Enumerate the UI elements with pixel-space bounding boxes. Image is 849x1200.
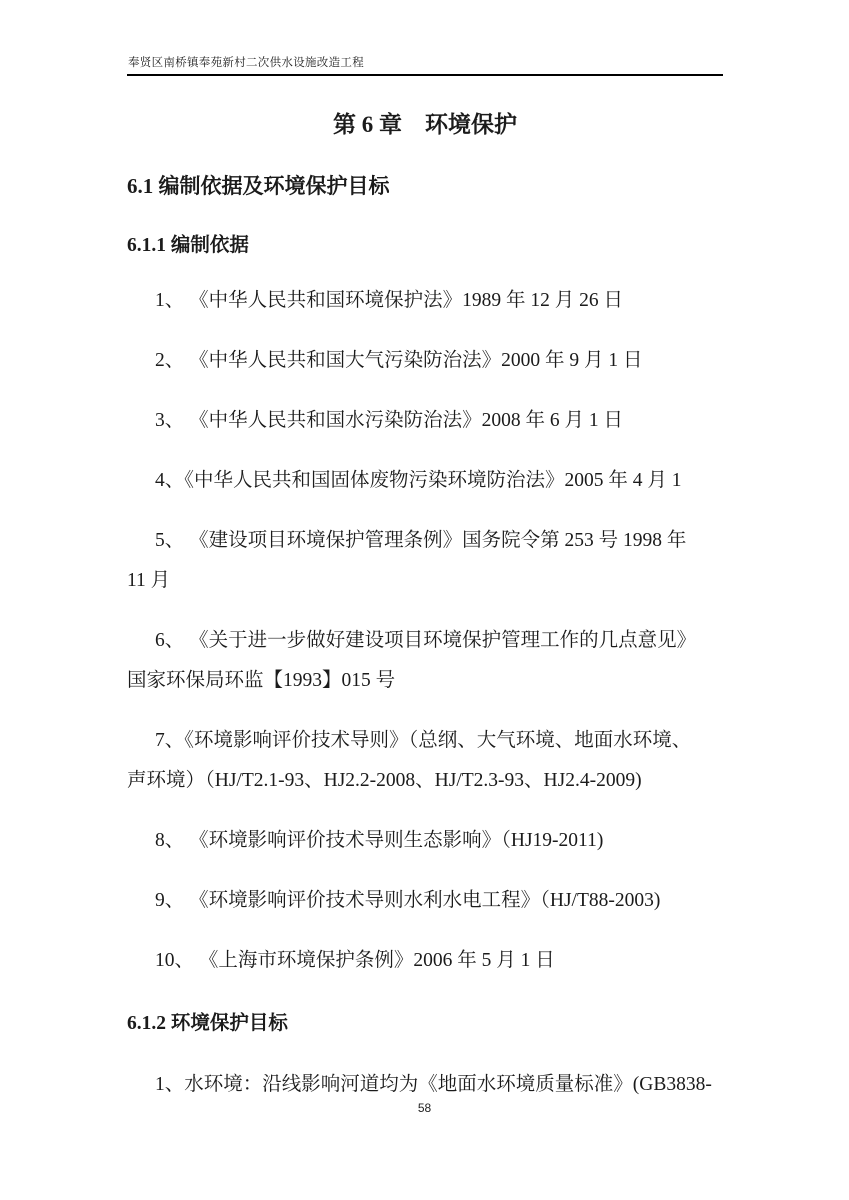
list-item-line: 5、 《建设项目环境保护管理条例》国务院令第 253 号 1998 年 [127,521,737,561]
page-header-project-title: 奉贤区南桥镇奉苑新村二次供水设施改造工程 [128,54,364,70]
list-item-line: 1、 《中华人民共和国环境保护法》1989 年 12 月 26 日 [127,281,737,321]
list-item: 7、《环境影响评价技术导则》（总纲、大气环境、地面水环境、 声环境）（HJ/T2… [127,721,737,801]
list-item-line: 11 月 [127,561,737,601]
list-item-line: 3、 《中华人民共和国水污染防治法》2008 年 6 月 1 日 [127,401,737,441]
list-item: 1、 《中华人民共和国环境保护法》1989 年 12 月 26 日 [127,281,737,321]
header-divider [127,74,723,76]
list-item: 2、 《中华人民共和国大气污染防治法》2000 年 9 月 1 日 [127,341,737,381]
section-heading-6-1: 6.1 编制依据及环境保护目标 [127,170,390,200]
list-item-line: 8、 《环境影响评价技术导则生态影响》（HJ19-2011) [127,821,737,861]
document-body: 1、 《中华人民共和国环境保护法》1989 年 12 月 26 日 2、 《中华… [127,281,737,1105]
list-item-line: 9、 《环境影响评价技术导则水利水电工程》（HJ/T88-2003) [127,881,737,921]
list-item-line: 10、 《上海市环境保护条例》2006 年 5 月 1 日 [127,941,737,981]
target-paragraph-line: 1、水环境：沿线影响河道均为《地面水环境质量标准》(GB3838- [127,1065,737,1105]
section-heading-6-1-2: 6.1.2 环境保护目标 [127,1009,737,1039]
target-paragraph: 1、水环境：沿线影响河道均为《地面水环境质量标准》(GB3838- [127,1065,737,1105]
list-item-line: 声环境）（HJ/T2.1-93、HJ2.2-2008、HJ/T2.3-93、HJ… [127,761,737,801]
list-item: 10、 《上海市环境保护条例》2006 年 5 月 1 日 [127,941,737,981]
list-item-line: 7、《环境影响评价技术导则》（总纲、大气环境、地面水环境、 [127,721,737,761]
list-item: 8、 《环境影响评价技术导则生态影响》（HJ19-2011) [127,821,737,861]
list-item: 5、 《建设项目环境保护管理条例》国务院令第 253 号 1998 年 11 月 [127,521,737,601]
chapter-title: 第 6 章 环境保护 [127,106,723,139]
list-item: 9、 《环境影响评价技术导则水利水电工程》（HJ/T88-2003) [127,881,737,921]
list-item-line: 2、 《中华人民共和国大气污染防治法》2000 年 9 月 1 日 [127,341,737,381]
list-item-line: 6、 《关于进一步做好建设项目环境保护管理工作的几点意见》 [127,621,737,661]
document-page: 奉贤区南桥镇奉苑新村二次供水设施改造工程 第 6 章 环境保护 6.1 编制依据… [0,0,849,1200]
list-item-line: 4、《中华人民共和国固体废物污染环境防治法》2005 年 4 月 1 [127,461,737,501]
list-item: 4、《中华人民共和国固体废物污染环境防治法》2005 年 4 月 1 [127,461,737,501]
page-number: 58 [0,1101,849,1115]
list-item: 6、 《关于进一步做好建设项目环境保护管理工作的几点意见》 国家环保局环监【19… [127,621,737,701]
section-heading-6-1-1: 6.1.1 编制依据 [127,229,249,257]
list-item: 3、 《中华人民共和国水污染防治法》2008 年 6 月 1 日 [127,401,737,441]
list-item-line: 国家环保局环监【1993】015 号 [127,661,737,701]
